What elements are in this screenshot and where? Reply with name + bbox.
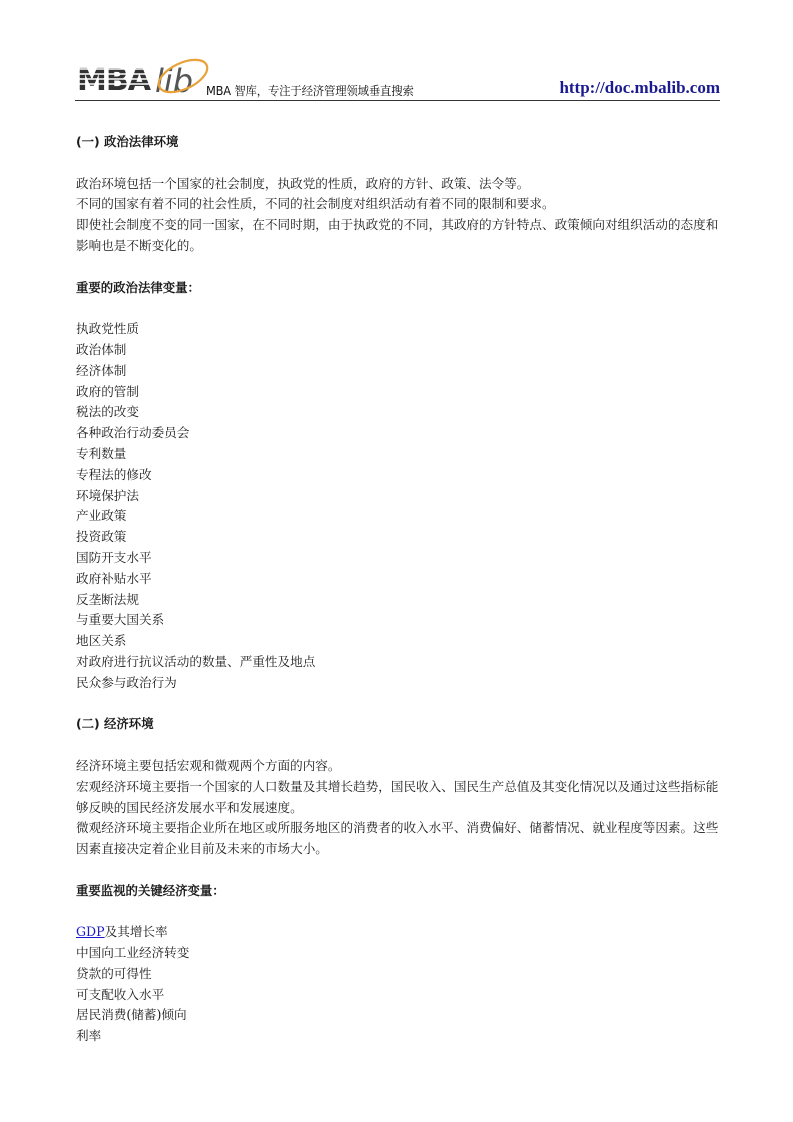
paragraph: 政治环境包括一个国家的社会制度，执政党的性质，政府的方针、政策、法令等。 bbox=[76, 174, 721, 195]
gdp-link[interactable]: GDP bbox=[76, 924, 105, 939]
list-item: 中国向工业经济转变 bbox=[76, 943, 721, 964]
list-item: 执政党性质 bbox=[76, 319, 721, 340]
list-item: 对政府进行抗议活动的数量、严重性及地点 bbox=[76, 652, 721, 673]
list-item: 民众参与政治行为 bbox=[76, 673, 721, 694]
list-item: 投资政策 bbox=[76, 527, 721, 548]
list-item: 政府的管制 bbox=[76, 382, 721, 403]
mbalib-logo: MBA lib bbox=[75, 56, 210, 98]
list-item: 贷款的可得性 bbox=[76, 964, 721, 985]
list-item: 产业政策 bbox=[76, 506, 721, 527]
paragraph: 不同的国家有着不同的社会性质，不同的社会制度对组织活动有着不同的限制和要求。 bbox=[76, 194, 721, 215]
list-item: 居民消费(储蓄)倾向 bbox=[76, 1005, 721, 1026]
list-item: 利率 bbox=[76, 1026, 721, 1047]
list-item: 专利数量 bbox=[76, 444, 721, 465]
list-item: 与重要大国关系 bbox=[76, 610, 721, 631]
paragraph: 宏观经济环境主要指一个国家的人口数量及其增长趋势，国民收入、国民生产总值及其变化… bbox=[76, 777, 721, 819]
page-header: MBA lib MBA 智库，专注于经济管理领域垂直搜索 http://doc.… bbox=[75, 52, 720, 101]
list-item: 税法的改变 bbox=[76, 402, 721, 423]
list-item: 反垄断法规 bbox=[76, 590, 721, 611]
list-item: 环境保护法 bbox=[76, 486, 721, 507]
list-item-gdp: GDP及其增长率 bbox=[76, 922, 721, 943]
list-item: 国防开支水平 bbox=[76, 548, 721, 569]
list-item: 专程法的修改 bbox=[76, 465, 721, 486]
political-variables-list: 执政党性质 政治体制 经济体制 政府的管制 税法的改变 各种政治行动委员会 专利… bbox=[76, 319, 721, 693]
subheading-political-variables: 重要的政治法律变量： bbox=[76, 278, 721, 299]
document-body: (一) 政治法律环境 政治环境包括一个国家的社会制度，执政党的性质，政府的方针、… bbox=[76, 132, 721, 1047]
economic-variables-list: GDP及其增长率 中国向工业经济转变 贷款的可得性 可支配收入水平 居民消费(储… bbox=[76, 922, 721, 1047]
paragraph: 经济环境主要包括宏观和微观两个方面的内容。 bbox=[76, 756, 721, 777]
site-tagline: MBA 智库，专注于经济管理领域垂直搜索 bbox=[206, 82, 414, 99]
list-item: 可支配收入水平 bbox=[76, 985, 721, 1006]
list-item: 政治体制 bbox=[76, 340, 721, 361]
list-item: 各种政治行动委员会 bbox=[76, 423, 721, 444]
paragraph: 即使社会制度不变的同一国家，在不同时期，由于执政党的不同，其政府的方针特点、政策… bbox=[76, 215, 721, 257]
list-item: 政府补贴水平 bbox=[76, 569, 721, 590]
subheading-economic-variables: 重要监视的关键经济变量： bbox=[76, 881, 721, 902]
paragraph: 微观经济环境主要指企业所在地区或所服务地区的消费者的收入水平、消费偏好、储蓄情况… bbox=[76, 818, 721, 860]
gdp-suffix: 及其增长率 bbox=[105, 924, 168, 939]
site-url[interactable]: http://doc.mbalib.com bbox=[559, 78, 720, 98]
list-item: 地区关系 bbox=[76, 631, 721, 652]
section-heading-political: (一) 政治法律环境 bbox=[76, 132, 721, 153]
section-heading-economic: (二) 经济环境 bbox=[76, 714, 721, 735]
list-item: 经济体制 bbox=[76, 361, 721, 382]
svg-text:MBA: MBA bbox=[77, 63, 152, 98]
